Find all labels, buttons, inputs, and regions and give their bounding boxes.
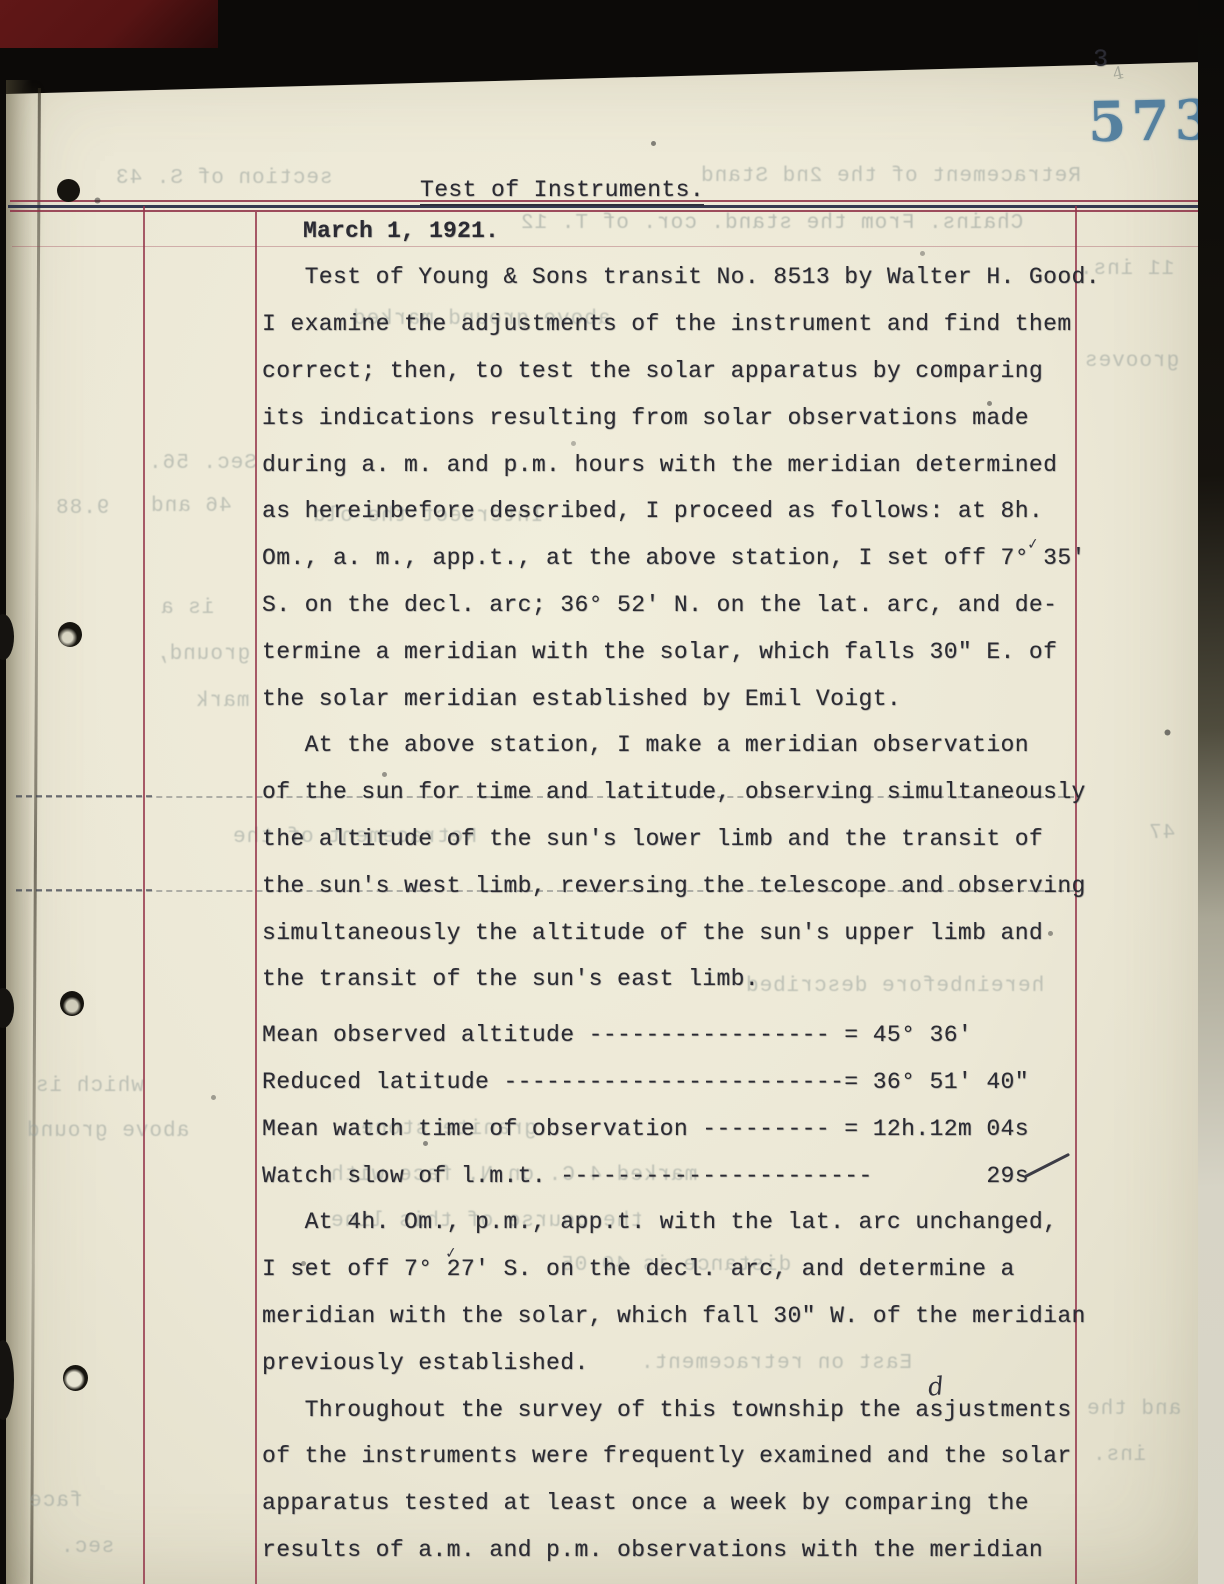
measurement-line: Mean observed altitude -----------------… <box>262 1012 1029 1059</box>
typed-line: during a. m. and p.m. hours with the mer… <box>262 441 1100 488</box>
typed-line: At 4h. Om., p.m., app.t. with the lat. a… <box>262 1199 1086 1246</box>
typed-line: meridian with the solar, which fall 30" … <box>262 1293 1086 1340</box>
measurement-line: Reduced latitude -----------------------… <box>262 1059 1029 1106</box>
typed-line: results of a.m. and p.m. observations wi… <box>262 1527 1086 1574</box>
page-number: 3 <box>1093 45 1108 74</box>
typed-line: the altitude of the sun's lower limb and… <box>262 816 1100 863</box>
margin-line-outer <box>143 206 145 1584</box>
typed-line: the sun's west limb, reversing the teles… <box>262 862 1100 909</box>
typed-line: I examine the adjustments of the instrum… <box>262 301 1100 348</box>
margin-line-inner <box>255 212 257 1584</box>
body-paragraph-1: Test of Young & Sons transit No. 8513 by… <box>262 254 1100 1003</box>
bleedthrough-fragment: mark <box>195 690 249 713</box>
bleedthrough-fragment: sec. <box>60 1536 114 1559</box>
punch-hole <box>63 1365 88 1391</box>
scanned-document-page: section of S. 43Retracement of the 2nd S… <box>0 0 1224 1584</box>
typed-line: At the above station, I make a meridian … <box>262 722 1100 769</box>
typed-line: its indications resulting from solar obs… <box>262 394 1100 441</box>
date-line: March 1, 1921. <box>303 218 499 244</box>
scan-edge-right <box>1198 0 1224 1584</box>
bleedthrough-fragment: section of S. 43 <box>115 167 333 190</box>
ink-specks <box>0 0 3 3</box>
typed-line: S. on the decl. arc; 36° 52' N. on the l… <box>262 582 1100 629</box>
body-paragraph-2: At 4h. Om., p.m., app.t. with the lat. a… <box>262 1199 1086 1573</box>
bleedthrough-fragment: 9.88 <box>55 497 109 520</box>
header-rule-red-bottom <box>10 210 1202 212</box>
measurement-line: Watch slow of l.m.t. -------------------… <box>262 1152 1029 1199</box>
typed-line: Om., a. m., app.t., at the above station… <box>262 535 1100 582</box>
typed-line: correct; then, to test the solar apparat… <box>262 348 1100 395</box>
punch-hole <box>58 622 82 647</box>
typed-line: the transit of the sun's east limb. <box>262 956 1100 1003</box>
typed-line: Test of Young & Sons transit No. 8513 by… <box>262 254 1100 301</box>
typed-line: simultaneously the altitude of the sun's… <box>262 909 1100 956</box>
dashed-bleed-segment <box>16 889 152 891</box>
typed-line: as hereinbefore described, I proceed as … <box>262 488 1100 535</box>
bleedthrough-fragment: is a <box>160 597 214 620</box>
typed-line: previously established. <box>262 1339 1086 1386</box>
bleedthrough-fragment: Chains. From the stand. cor. of T. 12 <box>520 212 1023 235</box>
bleedthrough-fragment: 46 and <box>150 495 232 518</box>
punch-hole <box>57 179 80 202</box>
bleedthrough-fragment: Sec. 56. <box>148 452 257 475</box>
bleedthrough-fragment: ins. <box>1092 1444 1146 1467</box>
faint-rule <box>12 246 1202 247</box>
page-title: Test of Instruments. <box>420 177 704 206</box>
bleedthrough-fragment: and the <box>1086 1398 1181 1421</box>
bleedthrough-fragment: 47 <box>1148 822 1175 845</box>
measurement-line: Mean watch time of observation ---------… <box>262 1106 1029 1153</box>
bleedthrough-fragment: Retracement of the 2nd Stand <box>700 165 1081 188</box>
bleedthrough-fragment: face <box>28 1490 82 1513</box>
bleedthrough-fragment: ground, <box>155 643 250 666</box>
punch-hole <box>60 991 84 1016</box>
bleedthrough-fragment: above ground <box>26 1120 189 1143</box>
typed-line: I set off 7° 27' S. on the decl. arc, an… <box>262 1246 1086 1293</box>
bleedthrough-fragment: which is <box>35 1075 144 1098</box>
measurement-block: Mean observed altitude -----------------… <box>262 1012 1029 1199</box>
typed-line: apparatus tested at least once a week by… <box>262 1480 1086 1527</box>
typed-line: the solar meridian established by Emil V… <box>262 675 1100 722</box>
dashed-bleed-segment <box>16 795 152 797</box>
typed-line: of the instruments were frequently exami… <box>262 1433 1086 1480</box>
typed-line: of the sun for time and latitude, observ… <box>262 769 1100 816</box>
typed-line: Throughout the survey of this township t… <box>262 1386 1086 1433</box>
typed-line: termine a meridian with the solar, which… <box>262 628 1100 675</box>
handwritten-correction-d: d <box>927 1371 946 1402</box>
